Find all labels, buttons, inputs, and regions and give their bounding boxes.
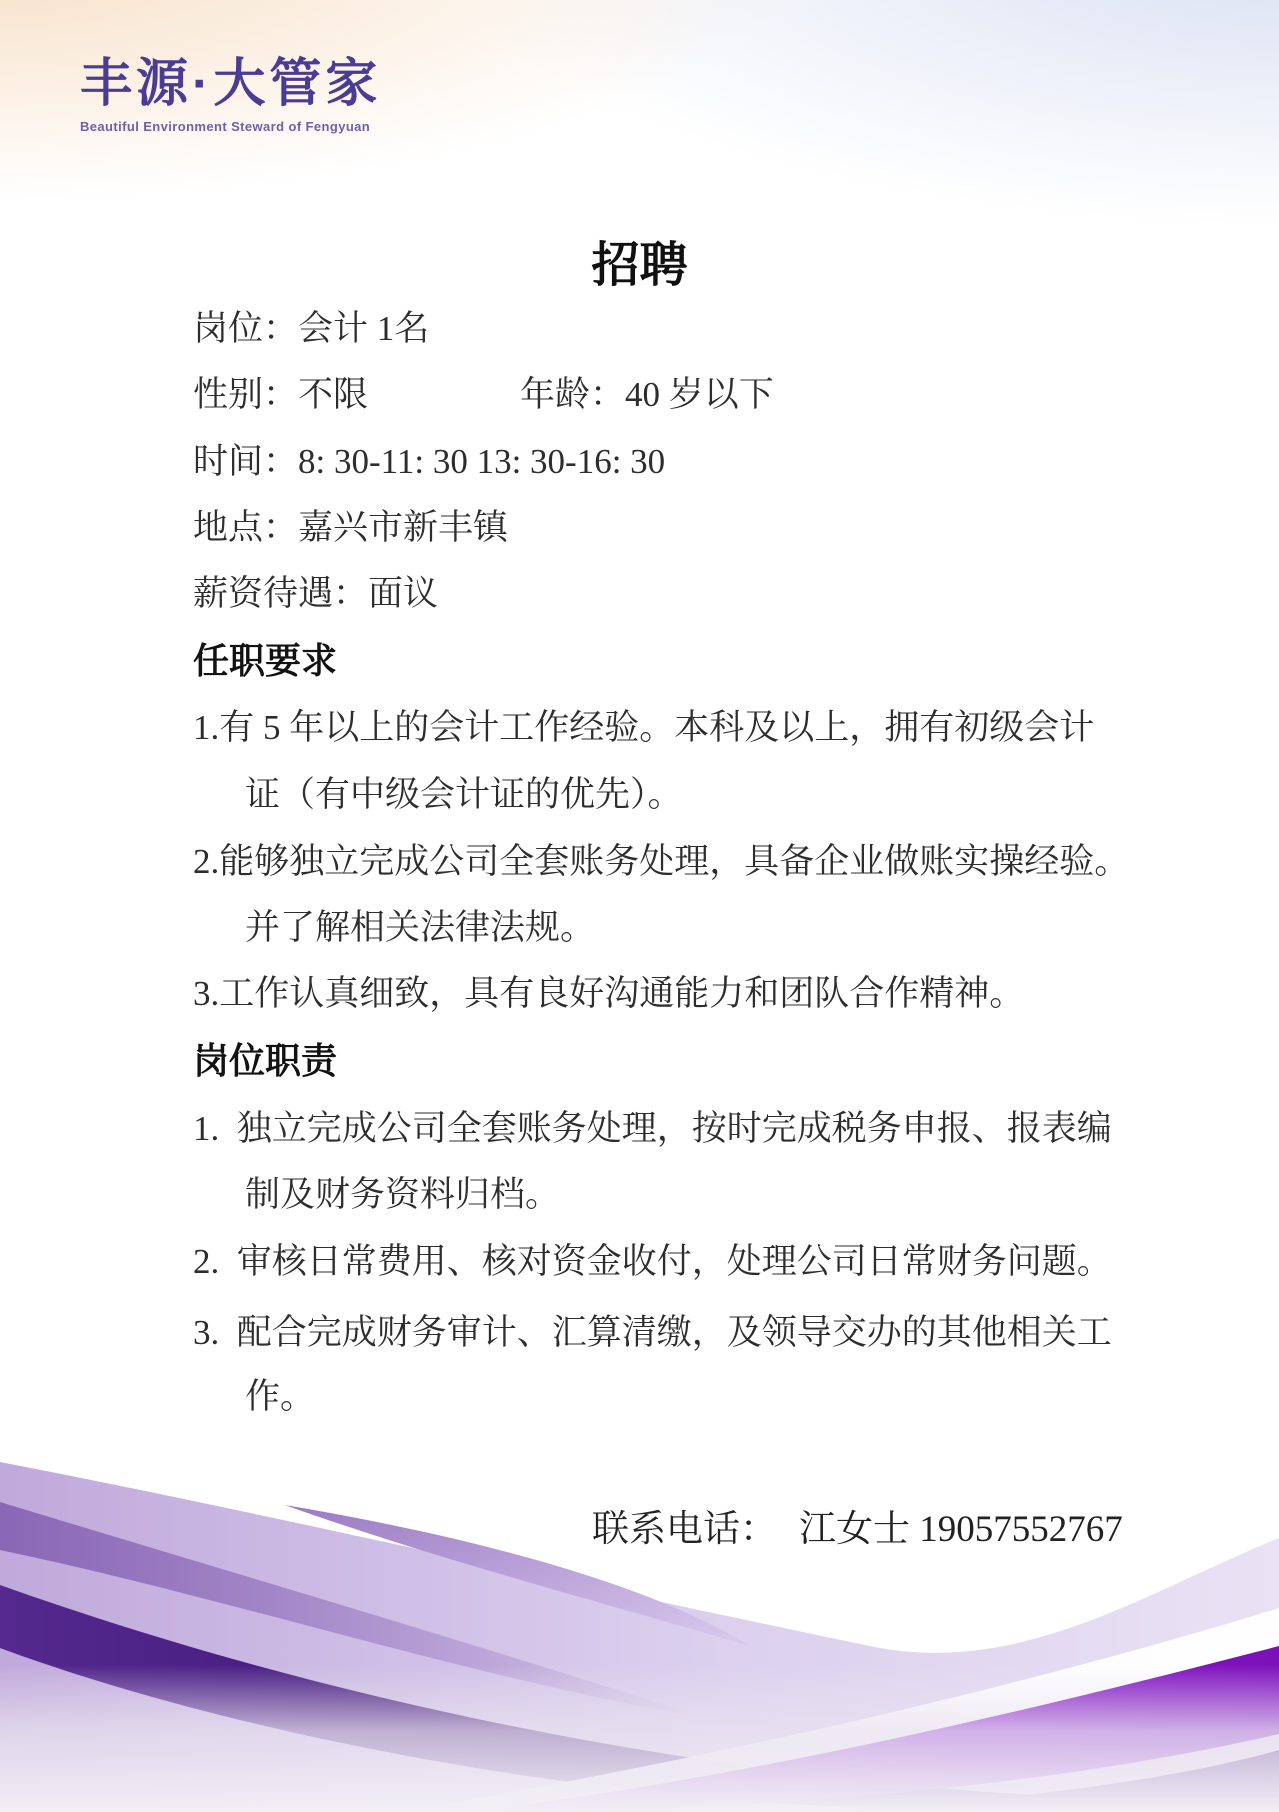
bottom-swoosh-decoration [0, 1250, 1279, 1812]
field-gender-label: 性别： [193, 375, 298, 414]
field-age-value: 40 岁以下 [625, 375, 774, 414]
field-time: 时间：8: 30-11: 30 13: 30-16: 30 [193, 439, 665, 485]
requirement-item-1-line-2: 证（有中级会计证的优先）。 [245, 772, 683, 818]
field-position: 岗位：会计 1名 [193, 306, 429, 352]
logo-tagline: Beautiful Environment Steward of Fengyua… [80, 119, 381, 134]
logo-wordmark: 丰源·大管家 [80, 54, 381, 114]
field-salary: 薪资待遇：面议 [193, 571, 438, 617]
field-location: 地点：嘉兴市新丰镇 [193, 505, 508, 551]
field-age: 年龄：40 岁以下 [520, 372, 774, 418]
field-gender-value: 不限 [298, 375, 368, 414]
logo: 丰源·大管家 Beautiful Environment Steward of … [80, 54, 381, 134]
field-salary-label: 薪资待遇： [193, 574, 368, 613]
requirement-item-3: 3.工作认真细致，具有良好沟通能力和团队合作精神。 [193, 971, 1024, 1017]
field-salary-value: 面议 [368, 574, 438, 613]
requirement-item-2-line-1: 2.能够独立完成公司全套账务处理，具备企业做账实操经验。 [193, 839, 1129, 885]
requirement-item-1-line-1: 1.有 5 年以上的会计工作经验。本科及以上，拥有初级会计 [193, 705, 1094, 751]
field-time-value: 8: 30-11: 30 13: 30-16: 30 [298, 442, 665, 481]
field-time-label: 时间： [193, 442, 298, 481]
field-age-label: 年龄： [520, 375, 625, 414]
field-position-label: 岗位： [193, 309, 298, 348]
field-location-label: 地点： [193, 508, 298, 547]
duty-item-1-line-2: 制及财务资料归档。 [245, 1172, 560, 1218]
swoosh-floor-fade [0, 1665, 1279, 1812]
duty-item-1-line-1: 1. 独立完成公司全套账务处理，按时完成税务申报、报表编 [193, 1106, 1112, 1152]
field-gender-age: 性别：不限 年龄：40 岁以下 [193, 372, 368, 418]
page-title: 招聘 [0, 238, 1279, 294]
requirement-item-2-line-2: 并了解相关法律法规。 [245, 905, 595, 951]
duties-heading: 岗位职责 [193, 1038, 337, 1084]
recruitment-poster: 丰源·大管家 Beautiful Environment Steward of … [0, 0, 1279, 1812]
requirements-heading: 任职要求 [193, 638, 337, 684]
field-location-value: 嘉兴市新丰镇 [298, 508, 508, 547]
field-position-value: 会计 1名 [298, 309, 429, 348]
